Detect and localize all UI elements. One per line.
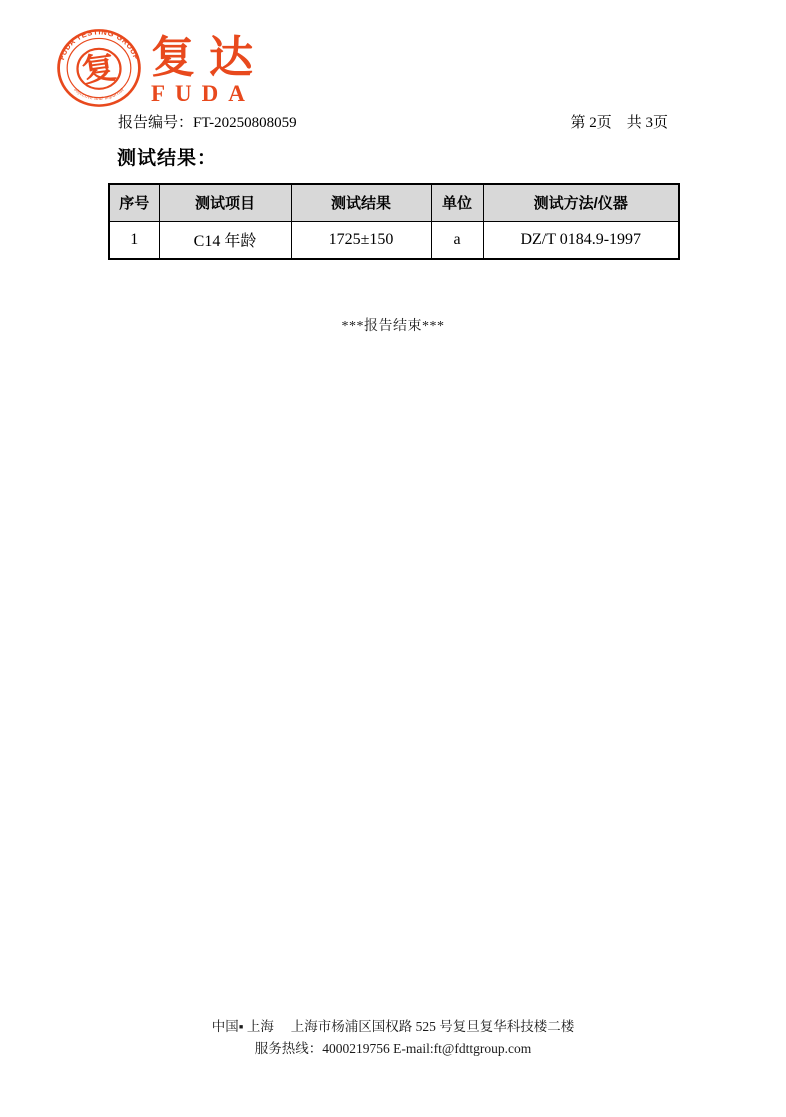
cell-method: DZ/T 0184.9-1997 <box>483 221 679 259</box>
company-seal-icon: FUDA TESTING GROUP objective and imparti… <box>56 28 142 108</box>
header-cell-method: 测试方法/仪器 <box>483 184 679 221</box>
footer-contact: 服务热线：4000219756 E-mail:ft@fdttgroup.com <box>0 1038 786 1060</box>
page-footer: 中国▪ 上海 上海市杨浦区国权路 525 号复旦复华科技楼二楼 服务热线：400… <box>0 1016 786 1060</box>
header-cell-item: 测试项目 <box>159 184 291 221</box>
cell-index: 1 <box>109 221 159 259</box>
report-number-label: 报告编号： <box>118 115 193 131</box>
results-table: 序号 测试项目 测试结果 单位 测试方法/仪器 1 C14 年龄 1725±15… <box>108 183 680 260</box>
header-cell-unit: 单位 <box>431 184 483 221</box>
table-row: 1 C14 年龄 1725±150 a DZ/T 0184.9-1997 <box>109 221 679 259</box>
cell-unit: a <box>431 221 483 259</box>
report-end-note: ***报告结束*** <box>0 315 786 335</box>
header-cell-result: 测试结果 <box>291 184 431 221</box>
table-header-row: 序号 测试项目 测试结果 单位 测试方法/仪器 <box>109 184 679 221</box>
cell-result: 1725±150 <box>291 221 431 259</box>
report-number: 报告编号：FT-20250808059 <box>118 113 297 133</box>
report-number-value: FT-20250808059 <box>193 115 297 131</box>
section-title: 测试结果： <box>117 143 217 170</box>
page-indicator: 第 2页 共 3页 <box>570 113 668 133</box>
company-logo: FUDA TESTING GROUP objective and imparti… <box>56 28 267 108</box>
report-meta-row: 报告编号：FT-20250808059 第 2页 共 3页 <box>118 113 668 133</box>
seal-center-glyph: 复 <box>79 50 118 90</box>
header-cell-index: 序号 <box>109 184 159 221</box>
brand-name-chinese: 复达 <box>151 35 267 81</box>
brand-name-english: FUDA <box>151 82 267 106</box>
footer-address: 中国▪ 上海 上海市杨浦区国权路 525 号复旦复华科技楼二楼 <box>0 1016 786 1038</box>
brand-text: 复达 FUDA <box>151 28 267 106</box>
cell-item: C14 年龄 <box>159 221 291 259</box>
report-page: FUDA TESTING GROUP objective and imparti… <box>0 0 786 1117</box>
